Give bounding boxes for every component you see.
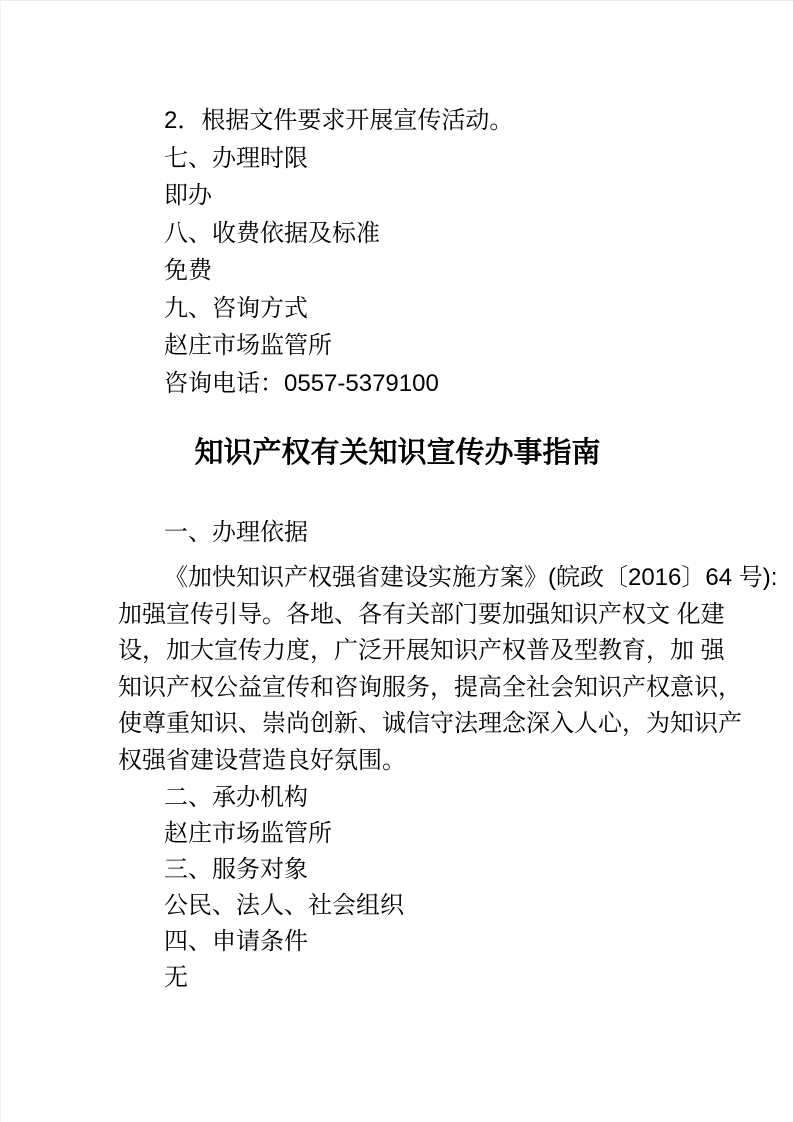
top-section: 2．根据文件要求开展宣传活动。 七、办理时限 即办 八、收费依据及标准 免费 九… (118, 102, 738, 402)
paragraph-line: 加强宣传引导。各地、各有关部门要加强知识产权文 化建 (118, 597, 738, 634)
paragraph-line: 权强省建设营造良好氛围。 (118, 743, 738, 780)
paragraph-line: 设，加大宣传力度，广泛开展知识产权普及型教育，加 强 (118, 633, 738, 670)
paragraph-line: 《加快知识产权强省建设实施方案》(皖政〔2016〕64 号): (118, 560, 738, 597)
section-heading-4: 四、申请条件 (118, 924, 738, 960)
section-heading-2: 二、承办机构 (118, 780, 738, 816)
office-name: 赵庄市场监管所 (118, 327, 738, 365)
doc-line: 即办 (118, 177, 738, 215)
doc-line: 免费 (118, 252, 738, 290)
doc-line: 公民、法人、社会组织 (118, 888, 738, 924)
document-title: 知识产权有关知识宣传办事指南 (1, 430, 793, 476)
section-heading-1: 一、办理依据 (118, 514, 738, 551)
paragraph-line: 知识产权公益宣传和咨询服务，提高全社会知识产权意识， (118, 670, 738, 707)
doc-line: 2．根据文件要求开展宣传活动。 (118, 102, 738, 140)
office-name: 赵庄市场监管所 (118, 816, 738, 852)
section-heading-8: 八、收费依据及标准 (118, 215, 738, 253)
doc-line: 无 (118, 960, 738, 996)
paragraph-line: 使尊重知识、崇尚创新、诚信守法理念深入人心，为知识产 (118, 706, 738, 743)
document-page: 2．根据文件要求开展宣传活动。 七、办理时限 即办 八、收费依据及标准 免费 九… (0, 0, 793, 1122)
section-heading-9: 九、咨询方式 (118, 290, 738, 328)
section-heading-7: 七、办理时限 (118, 140, 738, 178)
contact-phone-line: 咨询电话：0557-5379100 (118, 365, 738, 403)
section-heading-basis: 一、办理依据 (118, 514, 738, 551)
section-heading-3: 三、服务对象 (118, 852, 738, 888)
basis-paragraph: 《加快知识产权强省建设实施方案》(皖政〔2016〕64 号): 加强宣传引导。各… (118, 560, 738, 779)
bottom-section: 二、承办机构 赵庄市场监管所 三、服务对象 公民、法人、社会组织 四、申请条件 … (118, 780, 738, 996)
